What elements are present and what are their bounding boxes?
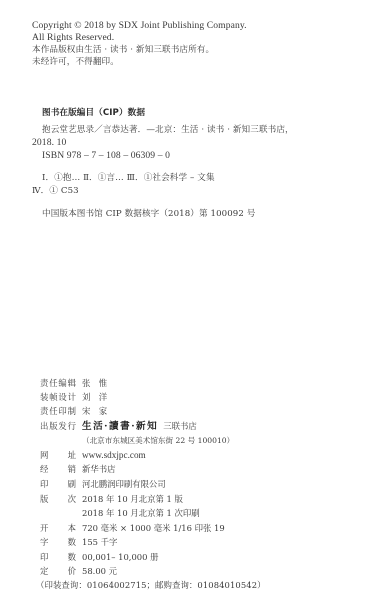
credit-label: 字数 <box>40 536 76 548</box>
credit-value: 生活·讀書·新知三联书店 <box>82 420 197 433</box>
credit-value: 155 千字 <box>82 536 117 548</box>
cip-record-number: 中国版本图书馆 CIP 数据核字（2018）第 100092 号 <box>42 209 255 220</box>
cip-subjects-line2: Ⅳ．① C53 <box>32 186 79 197</box>
credit-value: 张 惟 <box>82 377 107 389</box>
cip-heading: 图书在版编目（CIP）数据 <box>42 108 145 119</box>
credit-label: 经销 <box>40 463 76 475</box>
inquiry-contacts: （印装查询：01064002715；邮购查询：01084010542） <box>36 580 266 591</box>
isbn: ISBN 978 – 7 – 108 – 06309 – 0 <box>42 150 170 161</box>
credit-value: 新华书店 <box>82 463 116 475</box>
credit-label: 网址 <box>40 449 76 461</box>
credit-value: 刘 洋 <box>82 391 107 403</box>
rights-reserved: All Rights Reserved. <box>32 32 114 43</box>
publisher-logo: 生活·讀書·新知 <box>82 421 158 432</box>
credit-value: 58.00 元 <box>82 565 117 577</box>
credit-value: 2018 年 10 月北京第 1 版 <box>82 493 183 505</box>
copyright-ownership-zh: 本作品版权由生活 · 读书 · 新知三联书店所有。 <box>32 45 214 56</box>
copyright-statement: Copyright © 2018 by SDX Joint Publishing… <box>32 20 247 31</box>
credit-value: www.sdxjpc.com <box>82 449 146 461</box>
publisher-address: （北京市东城区美术馆东街 22 号 100010） <box>82 435 234 447</box>
cip-entry-line2: 2018. 10 <box>32 137 66 148</box>
credit-label: 责任编辑 <box>40 377 76 389</box>
credit-label: 开本 <box>40 522 76 534</box>
credit-value: 河北鹏润印刷有限公司 <box>82 478 166 490</box>
cip-subjects-line1: Ⅰ．①抱… Ⅱ．①言… Ⅲ．①社会科学 – 文集 <box>42 173 215 184</box>
credit-label: 版次 <box>40 493 76 505</box>
credit-label: 装帧设计 <box>40 391 76 403</box>
credit-value: 720 毫米 × 1000 毫米 1/16 印张 19 <box>82 522 225 534</box>
credit-label: 印数 <box>40 551 76 563</box>
website-url: www.sdxjpc.com <box>82 450 146 460</box>
credit-label: 印刷 <box>40 478 76 490</box>
cip-entry-line1: 抱云堂艺思录／言恭达著．—北京：生活 · 读书 · 新知三联书店， <box>42 125 294 136</box>
credit-label: 责任印制 <box>40 405 76 417</box>
publisher-name: 三联书店 <box>163 421 197 431</box>
no-reprint-notice: 未经许可，不得翻印。 <box>32 57 119 68</box>
credit-label: 出版发行 <box>40 420 76 432</box>
credit-label: 定价 <box>40 565 76 577</box>
credit-value: 宋 家 <box>82 405 107 417</box>
credit-value: 2018 年 10 月北京第 1 次印刷 <box>82 507 200 519</box>
credit-value: 00,001– 10,000 册 <box>82 551 159 563</box>
